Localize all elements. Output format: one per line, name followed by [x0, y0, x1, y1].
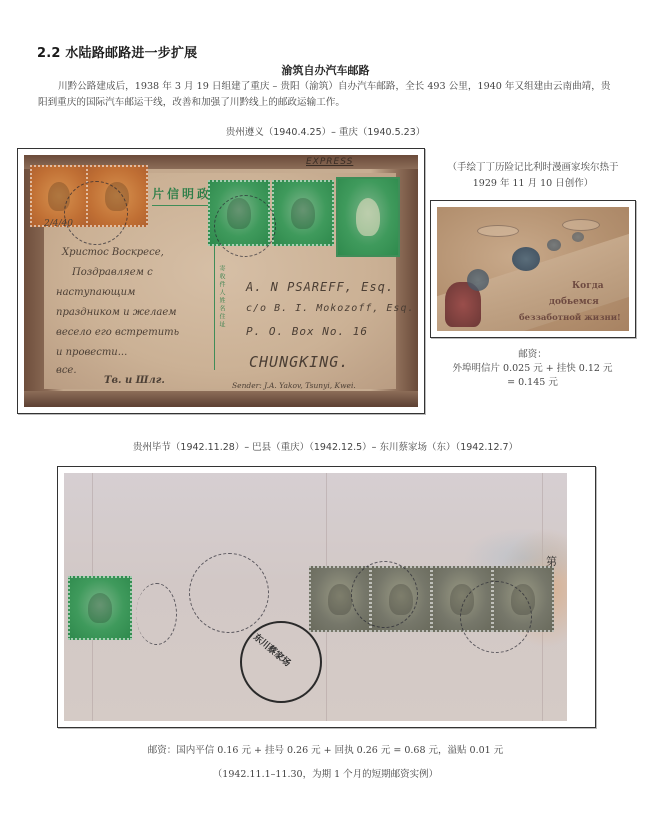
cartoon-text-line: добьемся: [549, 297, 599, 307]
message-line: наступающим: [56, 287, 135, 298]
stamp-portrait: [88, 593, 112, 623]
message-line: весело его встретить: [56, 327, 179, 338]
postcard-back-frame: Когда добьемся беззаботной жизни!: [430, 200, 636, 338]
intro-paragraph: 川黔公路建成后，1938 年 3 月 19 日组建了重庆 – 贵阳（渝筑）自办汽…: [38, 79, 618, 111]
card-header-cn: 片信明政: [152, 185, 212, 202]
postage-line-2: 邮资：国内平信 0.16 元 + 挂号 0.26 元 + 回执 0.26 元 =…: [0, 742, 651, 756]
express-label: EXPRESS: [306, 157, 353, 167]
intro-text: 川黔公路建成后，1938 年 3 月 19 日组建了重庆 – 贵阳（渝筑）自办汽…: [38, 79, 618, 111]
postcard-bottom-edge: [24, 391, 418, 407]
message-line: Христос Воскресе,: [62, 247, 164, 258]
side-mark: 第: [546, 553, 557, 569]
address-line: A. N PSAREFF, Esq.: [246, 280, 394, 294]
envelope-frame: 东川蔡家场 第: [57, 466, 596, 728]
chop-text: 东川蔡家场: [251, 630, 294, 669]
message-line: и провести...: [56, 347, 127, 358]
postmark-zunyi: [64, 181, 128, 245]
cartoon-text-line: беззаботной жизни!: [519, 313, 621, 323]
postage-total: = 0.145 元: [430, 376, 635, 390]
postmark-on-stamps: [351, 561, 418, 628]
cartoon-lamp: [477, 225, 519, 237]
stamp-portrait: [328, 584, 351, 615]
postcard-front-image: EXPRESS 片信明政 寄收件人姓名住址 2/4/40 Христос Вос…: [24, 155, 418, 407]
sender-line: Sender: J.A. Yakov, Tsunyi, Kwei.: [232, 381, 356, 390]
exhibit-1-caption: 贵州遵义（1940.4.25）– 重庆（1940.5.23）: [0, 124, 651, 138]
stamp-green-2: [272, 180, 334, 246]
postmark-baxian: [189, 553, 269, 633]
stamp-imprinted: [336, 177, 400, 257]
exhibit-2-caption: 贵州毕节（1942.11.28）– 巴县（重庆）（1942.12.5）– 东川蔡…: [0, 439, 651, 453]
message-line: праздником и желаем: [56, 307, 177, 318]
section-title: 2.2 水陆路邮路进一步扩展: [37, 42, 197, 61]
date-written: 2/4/40: [44, 219, 73, 229]
message-line: Поздравляем с: [72, 267, 153, 278]
postmark-transit: [214, 195, 276, 257]
postage-block-1: 邮资： 外埠明信片 0.025 元 + 挂快 0.12 元 = 0.145 元: [430, 348, 635, 390]
postage-line: 外埠明信片 0.025 元 + 挂快 0.12 元: [430, 362, 635, 376]
postcard-front-frame: EXPRESS 片信明政 寄收件人姓名住址 2/4/40 Христос Вос…: [17, 148, 425, 414]
stamp-green-5: [68, 576, 132, 640]
divider-line: [214, 245, 215, 370]
envelope-image: 东川蔡家场 第: [64, 473, 567, 721]
postmark-on-stamps: [460, 581, 532, 653]
postage-label: 邮资：: [430, 348, 635, 362]
cartoon-figure-head: [467, 269, 489, 291]
cartoon-lamp: [562, 219, 600, 231]
address-line: c/o B. I. Mokozoff, Esq.: [246, 303, 415, 314]
rate-note: （1942.11.1–11.30，为期 1 个月的短期邮资实例）: [0, 766, 651, 780]
cartoon-dish: [547, 239, 561, 251]
header-rule: [152, 205, 212, 206]
address-line: P. O. Box No. 16: [246, 325, 368, 338]
cartoon-text-line: Когда: [572, 281, 604, 291]
stamp-portrait: [356, 198, 380, 236]
message-line: все.: [56, 365, 77, 376]
subsection-title: 渝筑自办汽车邮路: [0, 62, 651, 78]
postmark-bijie: [136, 583, 177, 645]
postcard-back-note: （手绘丁丁历险记比利时漫画家埃尔热于 1929 年 11 月 10 日创作）: [438, 160, 628, 192]
cartoon-plant: [512, 247, 540, 271]
address-line: CHUNGKING.: [249, 353, 349, 371]
postmark-caijiachang: 东川蔡家场: [240, 621, 322, 703]
postcard-back-image: Когда добьемся беззаботной жизни!: [437, 207, 629, 331]
vertical-label-cn: 寄收件人姓名住址: [217, 265, 226, 329]
signature: Тв. и Шлг.: [104, 375, 165, 386]
stamp-portrait: [291, 198, 314, 229]
cartoon-dish: [572, 232, 584, 242]
